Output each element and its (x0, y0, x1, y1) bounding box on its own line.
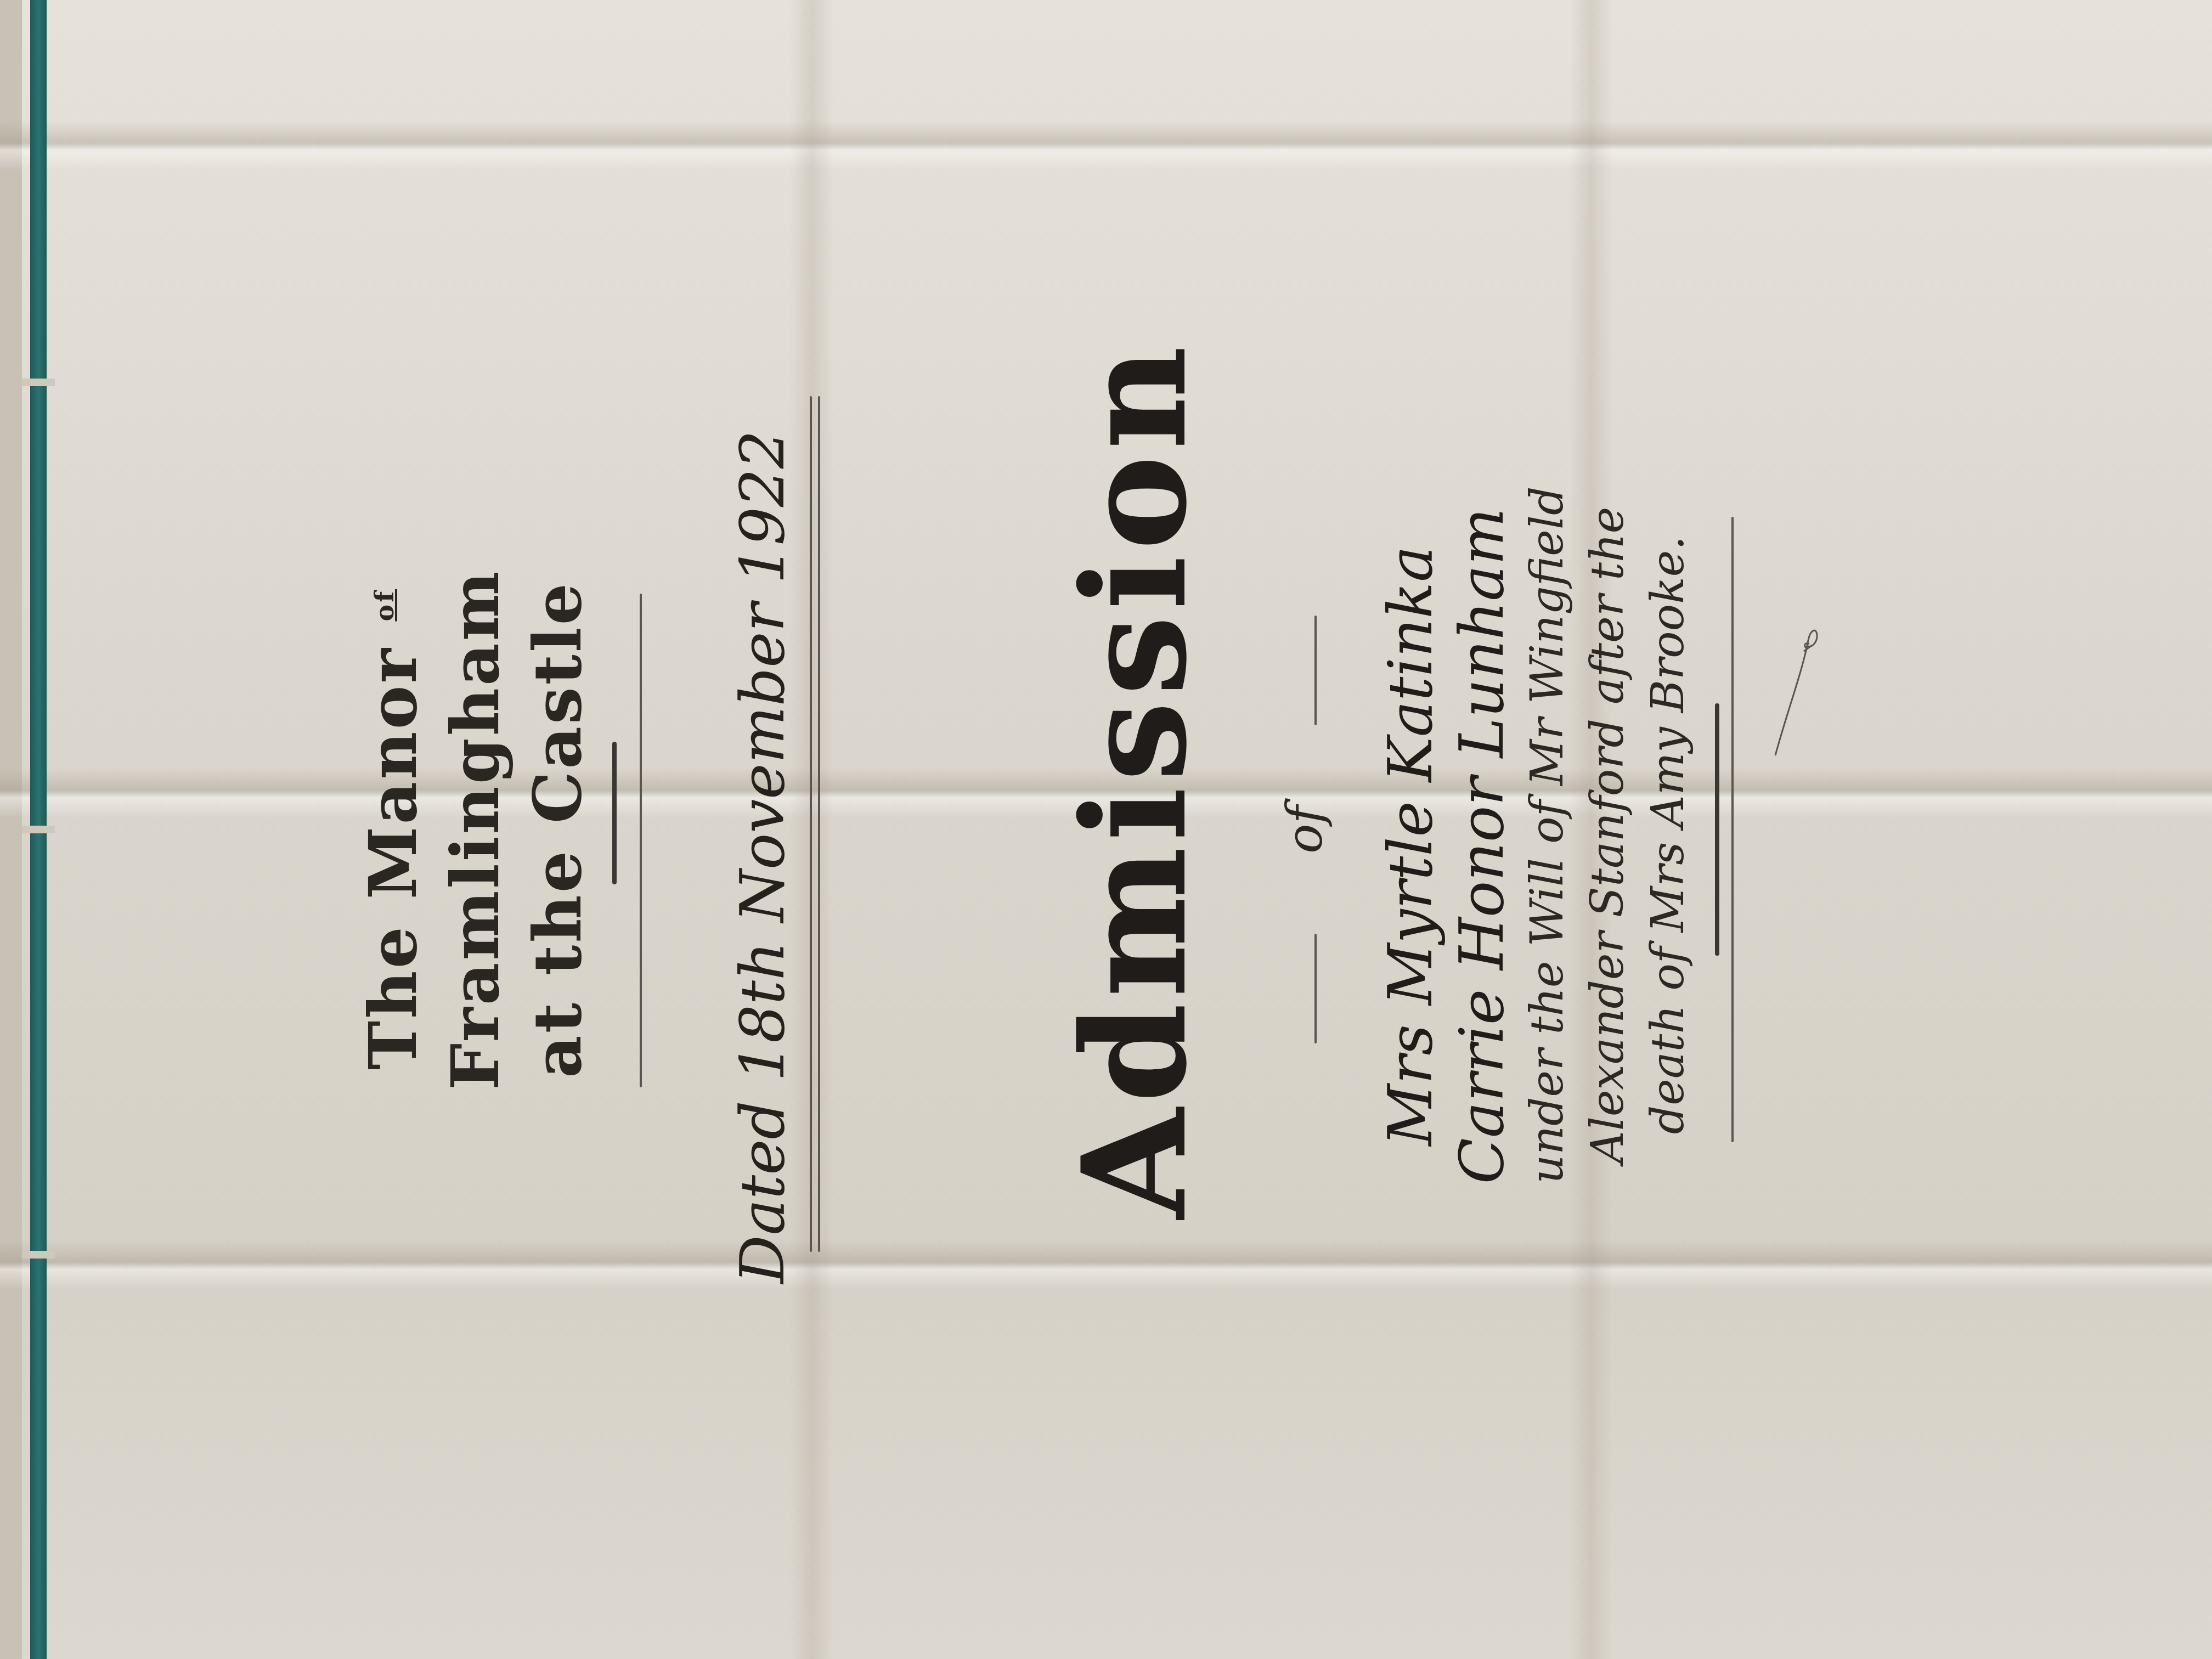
date-underline (818, 396, 820, 1252)
binding-tie (22, 1251, 55, 1259)
manor-title: The Manor of Framlingham at the Castle (343, 528, 599, 1131)
of-word: of (1276, 692, 1334, 967)
document-page: The Manor of Framlingham at the Castle D… (256, 308, 1956, 1351)
title-rule-thin (640, 594, 642, 1087)
closing-rule-thin (1731, 517, 1734, 1142)
date-underline (810, 396, 812, 1252)
admission-details: under the Will of Mr Wingfield Alexander… (1517, 396, 1699, 1274)
admittee-line1: Mrs Myrtle Katinka (1375, 418, 1446, 1274)
dated-line: Dated 18th November 1922 (727, 429, 798, 1285)
admittee-names: Mrs Myrtle Katinka Carrie Honor Lunham (1375, 418, 1517, 1274)
binding-tie (22, 826, 55, 833)
details-line2: Alexander Stanford after the (1578, 396, 1638, 1274)
binding-tie (22, 379, 55, 386)
closing-rule (1715, 703, 1719, 956)
manor-title-line1: The Manor (354, 646, 432, 1070)
manor-title-of: of (370, 589, 399, 621)
pen-flourish-icon (1770, 627, 1819, 758)
manor-title-line3: at the Castle (517, 528, 599, 1131)
details-line3: death of Mrs Amy Brooke. (1638, 396, 1699, 1274)
paper-fold-crease (0, 121, 2212, 170)
admission-heading: Admission (1051, 451, 1218, 1219)
admittee-line2: Carrie Honor Lunham (1446, 418, 1517, 1274)
details-line1: under the Will of Mr Wingfield (1517, 396, 1578, 1274)
manor-title-line2: Framlingham (435, 528, 517, 1131)
of-rule-right (1314, 616, 1317, 725)
title-rule (612, 742, 617, 884)
